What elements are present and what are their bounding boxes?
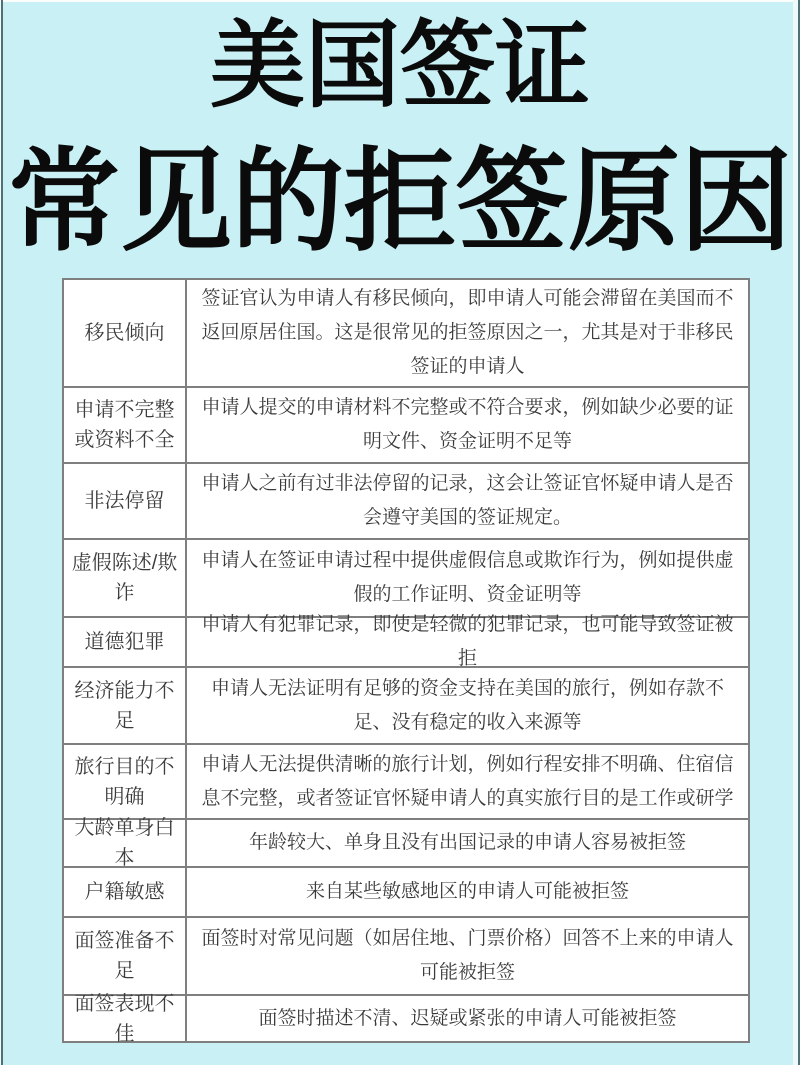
page-title-line2: 常见的拒签原因 <box>0 140 800 263</box>
reason-cell: 申请不完整或资料不全 <box>64 388 187 462</box>
description-cell: 申请人之前有过非法停留的记录，这会让签证官怀疑申请人是否会遵守美国的签证规定。 <box>187 464 748 538</box>
table-row: 旅行目的不明确 申请人无法提供清晰的旅行计划，例如行程安排不明确、住宿信息不完整… <box>64 743 748 818</box>
reason-cell: 经济能力不足 <box>64 668 187 743</box>
table-row: 面签准备不足 面签时对常见问题（如居住地、门票价格）回答不上来的申请人可能被拒签 <box>64 916 748 994</box>
table-row: 大龄单身白本 年龄较大、单身且没有出国记录的申请人容易被拒签 <box>64 818 748 866</box>
table-row: 申请不完整或资料不全 申请人提交的申请材料不完整或不符合要求，例如缺少必要的证明… <box>64 386 748 462</box>
description-cell: 申请人无法提供清晰的旅行计划，例如行程安排不明确、住宿信息不完整，或者签证官怀疑… <box>187 745 748 818</box>
page-title-line1: 美国签证 <box>0 14 800 119</box>
reason-cell: 道德犯罪 <box>64 618 187 666</box>
table-row: 经济能力不足 申请人无法证明有足够的资金支持在美国的旅行，例如存款不足、没有稳定… <box>64 666 748 743</box>
description-cell: 签证官认为申请人有移民倾向，即申请人可能会滞留在美国而不返回原居住国。这是很常见… <box>187 280 748 386</box>
table-row: 道德犯罪 申请人有犯罪记录，即使是轻微的犯罪记录，也可能导致签证被拒 <box>64 616 748 666</box>
reason-cell: 面签表现不佳 <box>64 996 187 1041</box>
reason-cell: 非法停留 <box>64 464 187 538</box>
infographic-page: 美国签证 常见的拒签原因 移民倾向 签证官认为申请人有移民倾向，即申请人可能会滞… <box>0 0 800 1065</box>
description-cell: 申请人提交的申请材料不完整或不符合要求，例如缺少必要的证明文件、资金证明不足等 <box>187 388 748 462</box>
table-row: 虚假陈述/欺诈 申请人在签证申请过程中提供虚假信息或欺诈行为，例如提供虚假的工作… <box>64 538 748 616</box>
table-row: 移民倾向 签证官认为申请人有移民倾向，即申请人可能会滞留在美国而不返回原居住国。… <box>64 280 748 386</box>
description-cell: 申请人无法证明有足够的资金支持在美国的旅行，例如存款不足、没有稳定的收入来源等 <box>187 668 748 743</box>
reason-cell: 虚假陈述/欺诈 <box>64 540 187 616</box>
reason-cell: 移民倾向 <box>64 280 187 386</box>
description-cell: 面签时描述不清、迟疑或紧张的申请人可能被拒签 <box>187 996 748 1041</box>
rejection-reasons-table: 移民倾向 签证官认为申请人有移民倾向，即申请人可能会滞留在美国而不返回原居住国。… <box>62 278 750 1043</box>
description-cell: 面签时对常见问题（如居住地、门票价格）回答不上来的申请人可能被拒签 <box>187 918 748 994</box>
scan-edge-top <box>0 0 800 2</box>
description-cell: 年龄较大、单身且没有出国记录的申请人容易被拒签 <box>187 820 748 866</box>
reason-cell: 旅行目的不明确 <box>64 745 187 818</box>
reason-cell: 大龄单身白本 <box>64 820 187 866</box>
description-cell: 申请人有犯罪记录，即使是轻微的犯罪记录，也可能导致签证被拒 <box>187 618 748 666</box>
table-row: 面签表现不佳 面签时描述不清、迟疑或紧张的申请人可能被拒签 <box>64 994 748 1041</box>
description-cell: 来自某些敏感地区的申请人可能被拒签 <box>187 868 748 916</box>
reason-cell: 面签准备不足 <box>64 918 187 994</box>
description-cell: 申请人在签证申请过程中提供虚假信息或欺诈行为，例如提供虚假的工作证明、资金证明等 <box>187 540 748 616</box>
reason-cell: 户籍敏感 <box>64 868 187 916</box>
table-row: 非法停留 申请人之前有过非法停留的记录，这会让签证官怀疑申请人是否会遵守美国的签… <box>64 462 748 538</box>
table-row: 户籍敏感 来自某些敏感地区的申请人可能被拒签 <box>64 866 748 916</box>
